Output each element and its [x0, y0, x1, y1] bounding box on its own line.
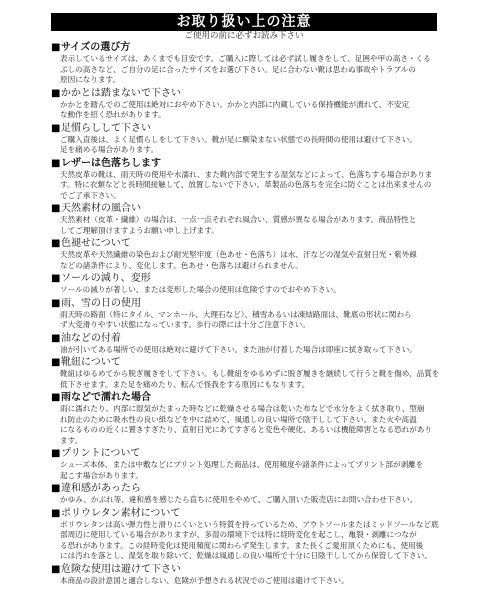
section-shoelaces: ■靴紐について 靴紐はゆるめてから脱ぎ履きをして下さい。もし靴紐をゆるめずに脱ぎ… — [51, 357, 441, 390]
section-heading-label: 油などの付着 — [61, 333, 121, 344]
section-heading-label: 違和感があったら — [61, 483, 141, 494]
section-body-line: になるものの近くに置きすぎたり、直射日光にあてすぎると変色や硬化、あるいは機能障… — [60, 425, 441, 436]
caution-sections: ■サイズの選び方 表示しているサイズは、あくまでも目安です。ご購入に際しては必ず… — [51, 42, 441, 588]
section-heading: ■油などの付着 — [51, 333, 441, 345]
document-header: お取り扱い上の注意 ご使用の前に必ずお読み下さい — [51, 13, 437, 41]
section-discomfort: ■違和感があったら かゆみ、かぶれ等、違和感を感じたら直ちに使用をやめて、ご購入… — [51, 483, 441, 506]
section-body-line: 天然素材（皮革・繊維）の場合は、一点一点それぞれ風合い、質感が異なる場合がありま… — [60, 215, 441, 226]
square-bullet-icon: ■ — [51, 203, 61, 215]
section-body-line: 雨天時の路面（特にタイル、マンホール、大理石など）、積雪あるいは凍結路面は、靴底… — [60, 310, 441, 321]
section-body-line: 油が引いてある場所での使用は絶対に避けて下さい。また油が付着した場合は即座に拭き… — [60, 345, 441, 356]
section-body-line: には汚れを落とし、湿気を取り除いて、乾燥は風通しの良い場所で十分に日陰干ししてか… — [60, 551, 441, 562]
section-heading: ■違和感があったら — [51, 483, 441, 495]
section-wet-shoes: ■雨などで濡れた場合 雨に濡れたり、内部に湿気がたまった時などに乾燥させる場合は… — [51, 392, 441, 446]
section-body-line: ソールの減りが著しい、または変形した場合の使用は危険ですのでおやめ下さい。 — [60, 285, 441, 296]
square-bullet-icon: ■ — [51, 392, 61, 404]
section-break-in: ■足慣らしして下さい ご購入直後は、よく足慣らしをして下さい。靴が足に馴染まない… — [51, 123, 441, 156]
section-heading-label: ポリウレタン素材について — [61, 508, 180, 519]
square-bullet-icon: ■ — [51, 298, 61, 310]
section-heel-stepping: ■かかとは踏まないで下さい かかとを踏んでのご使用は絶対におやめ下さい。かかと内… — [51, 88, 441, 121]
square-bullet-icon: ■ — [51, 448, 61, 460]
section-heading: ■ソールの減り、変形 — [51, 273, 441, 285]
section-body-line: ます。 — [60, 436, 441, 447]
section-heading-label: サイズの選び方 — [61, 42, 130, 53]
square-bullet-icon: ■ — [51, 508, 61, 520]
page-subtitle: ご使用の前に必ずお読み下さい — [51, 31, 437, 41]
square-bullet-icon: ■ — [51, 158, 61, 170]
section-body-line: ず大変滑りやすい状態になっています。歩行の際には十分ご注意下さい。 — [60, 320, 441, 331]
section-body-line: す。特に衣類などと長時間接触して、放置しないで下さい。革製品の色落ちを完全に防ぐ… — [60, 180, 441, 191]
section-heading: ■かかとは踏まないで下さい — [51, 88, 441, 100]
square-bullet-icon: ■ — [51, 333, 61, 345]
section-oil-contact: ■油などの付着 油が引いてある場所での使用は絶対に避けて下さい。また油が付着した… — [51, 333, 441, 356]
section-heading: ■雨などで濡れた場合 — [51, 392, 441, 404]
section-body-line: ポリウレタンは高い弾力性と滑りにくいという特質を持っているため、アウトソールまた… — [60, 520, 441, 531]
section-heading-label: かかとは踏まないで下さい — [61, 88, 181, 99]
section-heading: ■色褪せについて — [51, 238, 441, 250]
section-body-line: かかとを踏んでのご使用は絶対におやめ下さい。かかと内部に内蔵している保持機能が潰… — [60, 100, 441, 111]
section-heading: ■危険な使用は避けて下さい — [51, 564, 441, 576]
section-heading: ■プリントについて — [51, 448, 441, 460]
section-heading-label: プリントについて — [61, 448, 140, 459]
square-bullet-icon: ■ — [51, 483, 61, 495]
section-body-line: 足を痛める場合があります。 — [60, 145, 441, 156]
section-heading: ■靴紐について — [51, 357, 441, 369]
section-body-line: ご購入直後は、よく足慣らしをして下さい。靴が足に馴染まない状態での長時間の使用は… — [60, 135, 441, 146]
section-body-line: 本商品の設計意図と適合しない、危険が予想される状況でのご使用は避けて下さい。 — [60, 576, 441, 587]
section-body-line: る恐れがあります。この経時変化は使用頻度に関わらず発生します。また長くご愛用頂く… — [60, 541, 441, 552]
section-natural-material-texture: ■天然素材の風合い 天然素材（皮革・繊維）の場合は、一点一点それぞれ風合い、質感… — [51, 203, 441, 236]
section-dangerous-use: ■危険な使用は避けて下さい 本商品の設計意図と適合しない、危険が予想される状況で… — [51, 564, 441, 587]
section-body-line: 靴紐はゆるめてから脱ぎ履きをして下さい。もし靴紐をゆるめずに脱ぎ履きを継続して行… — [60, 369, 441, 380]
section-heading: ■レザーは色落ちします — [51, 158, 441, 170]
section-heading-label: ソールの減り、変形 — [61, 273, 151, 284]
section-body-line: ぶしの高さなど、ご自分の足に合ったサイズをお選び下さい。足に合わない靴は思わぬ事… — [60, 65, 441, 76]
square-bullet-icon: ■ — [51, 273, 61, 285]
section-body-line: 低下させます。また足を痛めたり、転んで怪我をする原因にもなります。 — [60, 380, 441, 391]
section-leather-color-transfer: ■レザーは色落ちします 天然皮革の靴は、雨天時の使用や水濡れ、また靴内部で発生す… — [51, 158, 441, 202]
square-bullet-icon: ■ — [51, 123, 61, 135]
section-body-line: 表示しているサイズは、あくまでも目安です。ご購入に際しては必ず試し履きをして、足… — [60, 54, 441, 65]
section-heading-label: 足慣らしして下さい — [61, 123, 151, 134]
section-sole-wear: ■ソールの減り、変形 ソールの減りが著しい、または変形した場合の使用は危険ですの… — [51, 273, 441, 296]
section-body-line: 部周辺に使用している場合がありますが、多湿の環境下では特に経時変化を起こし、亀裂… — [60, 530, 441, 541]
section-heading-label: 色褪せについて — [61, 238, 131, 249]
section-heading-label: 靴紐について — [61, 357, 121, 368]
section-body-line: シューズ本体、または中敷などにプリント処理した商品は、使用頻度や諸条件によってプ… — [60, 460, 441, 471]
square-bullet-icon: ■ — [51, 42, 61, 54]
section-heading-label: レザーは色落ちします — [61, 158, 161, 169]
section-body-line: でご了承下さい。 — [60, 191, 441, 202]
section-body-line: 雨に濡れたり、内部に湿気がたまった時などに乾燥させる場合は乾いた布などで水分をよ… — [60, 404, 441, 415]
section-body-line: 天然皮革の靴は、雨天時の使用や水濡れ、また靴内部で発生する湿気などによって、色落… — [60, 170, 441, 181]
section-body-line: などの諸条件により、変化します。色あせ・色落ちは避けられません。 — [60, 261, 441, 272]
section-body-line: 起こす場合があります。 — [60, 471, 441, 482]
section-size-selection: ■サイズの選び方 表示しているサイズは、あくまでも目安です。ご購入に際しては必ず… — [51, 42, 441, 86]
section-body-line: な動作を招く恐れがあります。 — [60, 110, 441, 121]
section-heading: ■足慣らしして下さい — [51, 123, 441, 135]
section-heading: ■サイズの選び方 — [51, 42, 441, 54]
section-heading-label: 雨などで濡れた場合 — [61, 392, 151, 403]
section-heading: ■天然素材の風合い — [51, 203, 441, 215]
square-bullet-icon: ■ — [51, 88, 61, 100]
section-color-fading: ■色褪せについて 天然皮革や天然繊維の染色および耐光堅牢度（色あせ・色落ち）は水… — [51, 238, 441, 271]
page-title: お取り扱い上の注意 — [51, 13, 437, 31]
section-body-line: かゆみ、かぶれ等、違和感を感じたら直ちに使用をやめて、ご購入頂いた販売店にお問い… — [60, 495, 441, 506]
section-heading: ■ポリウレタン素材について — [51, 508, 441, 520]
section-body-line: してご理解頂けますようお願い申し上げます。 — [60, 226, 441, 237]
section-heading-label: 危険な使用は避けて下さい — [61, 564, 181, 575]
section-rain-snow-use: ■雨、雪の日の使用 雨天時の路面（特にタイル、マンホール、大理石など）、積雪ある… — [51, 298, 441, 331]
section-body-line: 原因になります。 — [60, 75, 441, 86]
square-bullet-icon: ■ — [51, 564, 61, 576]
section-polyurethane: ■ポリウレタン素材について ポリウレタンは高い弾力性と滑りにくいという特質を持っ… — [51, 508, 441, 562]
section-body-line: れ防止のために吸水性の良い紙などを中に詰めて、風通しの良い場所で陰干しして下さい… — [60, 415, 441, 426]
section-heading-label: 雨、雪の日の使用 — [61, 298, 141, 309]
section-print: ■プリントについて シューズ本体、または中敷などにプリント処理した商品は、使用頻… — [51, 448, 441, 481]
square-bullet-icon: ■ — [51, 357, 61, 369]
section-body-line: 天然皮革や天然繊維の染色および耐光堅牢度（色あせ・色落ち）は水、汗などの湿気や直… — [60, 250, 441, 261]
section-heading-label: 天然素材の風合い — [61, 203, 141, 214]
square-bullet-icon: ■ — [51, 238, 61, 250]
section-heading: ■雨、雪の日の使用 — [51, 298, 441, 310]
